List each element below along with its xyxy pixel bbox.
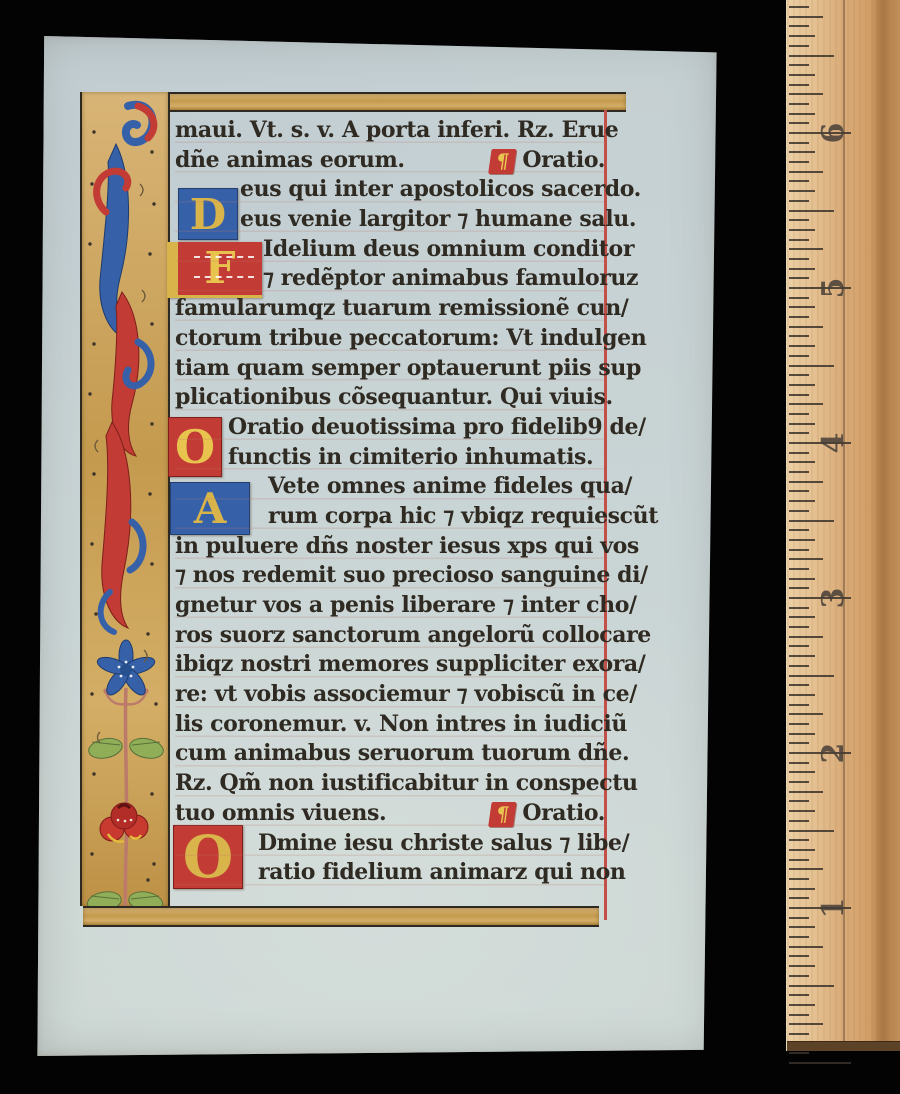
ruler-bottom-end (787, 1041, 900, 1051)
illuminated-left-border (80, 92, 170, 906)
ruler-tick (789, 1033, 809, 1035)
ruler-tick (789, 820, 809, 822)
ruler-tick (789, 268, 815, 270)
text-line: gnetur vos a penis liberare ⁊ inter cho/ (175, 591, 605, 621)
ruler-tick (789, 1062, 851, 1064)
wooden-ruler: 123456 (786, 0, 900, 1051)
ruler-tick (789, 762, 809, 764)
ruler-tick (789, 1014, 809, 1016)
ruler-tick (789, 142, 809, 144)
photo-background: D F O A O maui. Vt. s. v. A porta inferi… (0, 0, 900, 1094)
text-line: cum animabus seruorum tuorum dñe. (175, 739, 605, 769)
ruler-tick (789, 210, 834, 212)
ruler-tick (789, 277, 809, 279)
ruler-tick (789, 403, 823, 405)
text-line: in puluere dñs noster iesus xps qui vos (175, 532, 605, 562)
ruler-tick (789, 471, 809, 473)
ruler-tick (789, 926, 815, 928)
ruler-tick (789, 975, 809, 977)
text-line: ros suorz sanctorum angelorũ collocare (175, 621, 605, 651)
ruler-number: 2 (817, 736, 851, 770)
text-line: Oratio deuotissima pro fidelib9 de/ (228, 413, 605, 443)
ruler-tick (789, 771, 815, 773)
ruler-tick (789, 190, 815, 192)
ruler-tick (789, 955, 809, 957)
rubric-label: Oratio. (522, 799, 605, 829)
pilcrow-mark: ¶ (488, 149, 517, 174)
ruler-tick (789, 355, 809, 357)
ruler-number: 4 (817, 426, 851, 460)
text-line: ctorum tribue peccatorum: Vt indulgen (175, 324, 605, 354)
text-line: rum corpa hic ⁊ vbiqz requiescũt (268, 502, 605, 532)
border-bottom-bar (83, 906, 599, 927)
rubric-label: Oratio. (522, 146, 605, 176)
ruler-tick (789, 917, 809, 919)
ruler-tick (789, 423, 815, 425)
ruler-number: 6 (817, 116, 851, 150)
ruler-tick (789, 868, 823, 870)
ruler-tick (789, 626, 809, 628)
ruler-tick (789, 985, 834, 987)
ruler-tick (789, 888, 815, 890)
text-line: ratio fidelium animarz qui non (258, 858, 605, 888)
ruler-tick (789, 413, 809, 415)
ruler-tick (789, 713, 823, 715)
ruler-right-edge (871, 0, 900, 1051)
ruler-tick (789, 520, 834, 522)
ruler-tick (789, 529, 809, 531)
text-segment: tuo omnis viuens. (175, 799, 386, 829)
ruler-tick (789, 316, 809, 318)
ruler-tick (789, 171, 823, 173)
ruler-tick (789, 1023, 823, 1025)
ruler-tick (789, 25, 809, 27)
ruler-tick (789, 791, 823, 793)
text-line: tiam quam semper optauerunt piis sup (175, 354, 605, 384)
ruler-tick (789, 16, 823, 18)
ruler-number: 3 (817, 581, 851, 615)
ruler-number: 1 (817, 891, 851, 925)
text-segment: dñe animas eorum. (175, 146, 405, 176)
ruler-groove-line (843, 0, 845, 1043)
ruler-tick (789, 490, 809, 492)
text-line: ibiqz nostri memores suppliciter exora/ (175, 650, 605, 680)
ruler-tick (789, 849, 815, 851)
ruler-tick (789, 200, 809, 202)
ruler-tick (789, 229, 815, 231)
ruler-tick (789, 297, 809, 299)
ruler-tick (789, 365, 834, 367)
ruler-tick (789, 781, 809, 783)
ruler-tick (789, 326, 823, 328)
ruler-tick (789, 84, 809, 86)
ruler-tick (789, 704, 809, 706)
ruler-tick (789, 607, 809, 609)
ruler-tick (789, 830, 834, 832)
text-line: functis in cimiterio inhumatis. (228, 443, 605, 473)
text-line: maui. Vt. s. v. A porta inferi. Rz. Erue (175, 116, 605, 146)
ruler-tick (789, 93, 823, 95)
ruler-tick (789, 616, 815, 618)
ruler-tick (789, 74, 815, 76)
ruler-tick (789, 800, 809, 802)
text-line: Rz. Qm̃ non iustificabitur in conspectu (175, 769, 605, 799)
pilcrow-mark: ¶ (488, 802, 517, 827)
ruler-tick (789, 936, 809, 938)
text-line: tuo omnis viuens.¶Oratio. (175, 799, 605, 829)
text-line: plicationibus cõsequantur. Qui viuis. (175, 383, 605, 413)
text-line: dñe animas eorum.¶Oratio. (175, 146, 605, 176)
ruler-tick (789, 45, 809, 47)
ruler-tick (789, 587, 809, 589)
text-line: ⁊ nos redemit suo precioso sanguine di/ (175, 561, 605, 591)
ruler-tick (789, 461, 815, 463)
ruler-tick (789, 384, 815, 386)
ruler-tick (789, 655, 815, 657)
text-line: Dmine iesu christe salus ⁊ libe/ (258, 829, 605, 859)
text-line: Idelium deus omnium conditor (263, 235, 605, 265)
ruler-tick (789, 161, 809, 163)
ruler-tick (789, 897, 809, 899)
ruler-tick (789, 239, 809, 241)
ruler-tick (789, 742, 809, 744)
text-line: famularumqz tuarum remissionẽ cun/ (175, 294, 605, 324)
text-line: eus venie largitor ⁊ humane salu. (240, 205, 605, 235)
ruler-tick (789, 665, 809, 667)
text-line: lis coronemur. v. Non intres in iudiciũ (175, 710, 605, 740)
ruler-tick (789, 733, 815, 735)
ruler-tick (789, 810, 815, 812)
ruler-tick (789, 103, 809, 105)
ruler-tick (789, 549, 809, 551)
ruler-tick (789, 248, 823, 250)
ruler-tick (789, 180, 809, 182)
ruler-tick (789, 452, 809, 454)
ruler-number: 5 (817, 271, 851, 305)
ruler-tick (789, 258, 809, 260)
border-floral-decoration (82, 92, 168, 906)
ruler-tick (789, 374, 809, 376)
ruler-tick (789, 878, 809, 880)
ruler-tick (789, 859, 809, 861)
ruler-tick (789, 1004, 815, 1006)
ruler-tick (789, 839, 809, 841)
text-line: Vete omnes anime fideles qua/ (268, 472, 605, 502)
ruler-tick (789, 675, 834, 677)
ruler-tick (789, 55, 834, 57)
ruler-tick (789, 113, 815, 115)
ruler-tick (789, 946, 823, 948)
ruler-tick (789, 64, 809, 66)
ruler-tick (789, 636, 823, 638)
text-line: ⁊ redẽptor animabus famuloruz (263, 264, 605, 294)
text-line: re: vt vobis associemur ⁊ vobiscũ in ce/ (175, 680, 605, 710)
ruler-tick (789, 694, 815, 696)
ruler-tick (789, 432, 809, 434)
ruler-tick (789, 723, 809, 725)
ruler-tick (789, 394, 809, 396)
ruler-tick (789, 500, 815, 502)
ruler-tick (789, 510, 809, 512)
ruler-tick (789, 568, 809, 570)
ruler-tick (789, 6, 809, 8)
ruler-tick (789, 151, 815, 153)
ruler-tick (789, 35, 815, 37)
ruler-tick (789, 219, 809, 221)
ruler-tick (789, 645, 809, 647)
ruler-tick (789, 965, 815, 967)
manuscript-leaf: D F O A O maui. Vt. s. v. A porta inferi… (36, 36, 718, 1056)
ruler-tick (789, 1052, 809, 1054)
ruler-tick (789, 345, 815, 347)
text-line: eus qui inter apostolicos sacerdo. (240, 175, 605, 205)
ruler-tick (789, 578, 815, 580)
text-column: maui. Vt. s. v. A porta inferi. Rz. Erue… (175, 116, 605, 888)
ruler-tick (789, 481, 823, 483)
ruler-tick (789, 335, 809, 337)
ruler-tick (789, 122, 809, 124)
ruler-tick (789, 539, 815, 541)
ruler-tick (789, 684, 809, 686)
ruler-tick (789, 558, 823, 560)
ruler-tick (789, 994, 809, 996)
ruler-tick (789, 306, 815, 308)
